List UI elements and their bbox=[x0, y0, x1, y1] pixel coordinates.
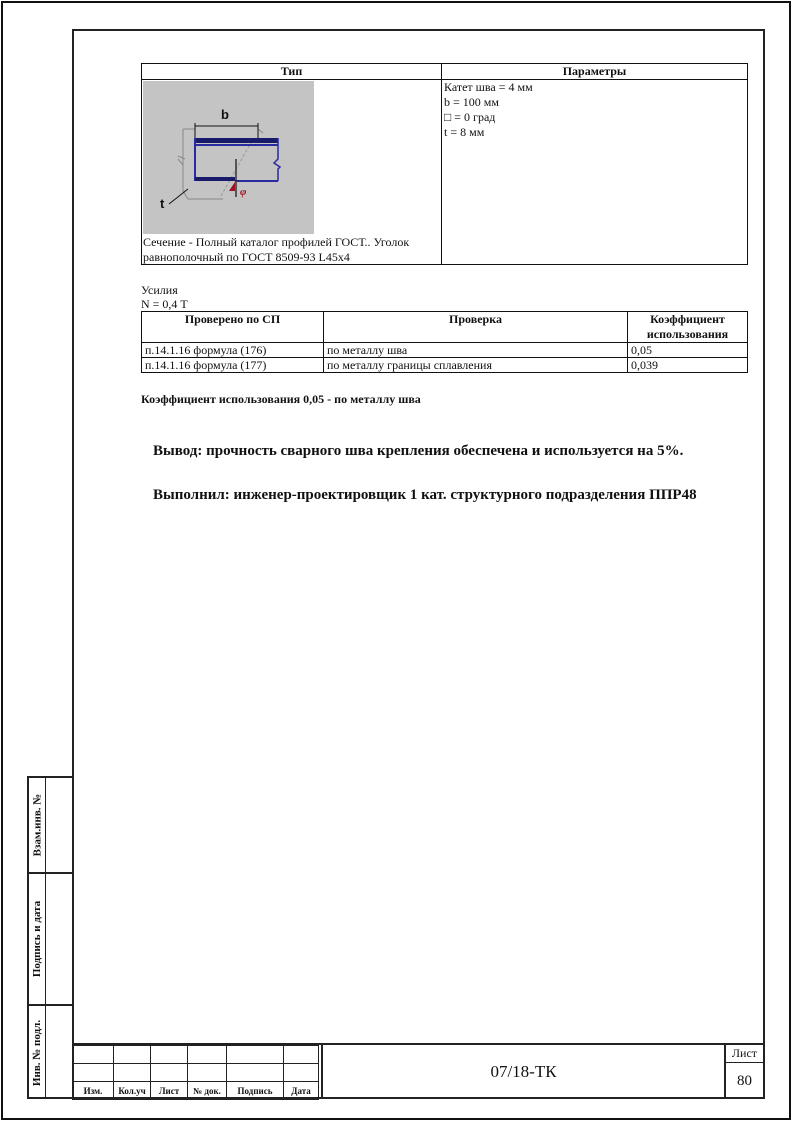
title-block: Изм. Кол.уч Лист № док. Подпись Дата 07/… bbox=[72, 1043, 765, 1099]
check-coefficient: 0,05 bbox=[628, 343, 748, 358]
revision-table: Изм. Кол.уч Лист № док. Подпись Дата bbox=[72, 1045, 319, 1100]
section-caption: Сечение - Полный каталог профилей ГОСТ..… bbox=[143, 235, 443, 265]
type-parameters-table: Тип Параметры b bbox=[141, 63, 748, 265]
param-angle: □ = 0 град bbox=[444, 110, 745, 125]
check-type: по металлу границы сплавления bbox=[324, 358, 628, 373]
col-date: Дата bbox=[284, 1082, 319, 1100]
check-header-coefficient: Коэффициент использования bbox=[628, 312, 748, 343]
svg-text:b: b bbox=[221, 107, 229, 122]
check-clause: п.14.1.16 формула (177) bbox=[142, 358, 324, 373]
type-header: Тип bbox=[142, 64, 442, 80]
performer-text: Выполнил: инженер-проектировщик 1 кат. с… bbox=[153, 487, 697, 504]
weld-section-diagram-icon: b φ t bbox=[143, 81, 314, 234]
svg-text:t: t bbox=[160, 196, 165, 211]
forces-value: N = 0,4 Т bbox=[141, 297, 188, 311]
col-signature: Подпись bbox=[227, 1082, 284, 1100]
check-table: Проверено по СП Проверка Коэффициент исп… bbox=[141, 311, 748, 373]
forces-title: Усилия bbox=[141, 283, 188, 297]
side-stamp: Взам.инв. № Подпись и дата Инв. № подл. bbox=[27, 776, 73, 1099]
sheet-label: Лист bbox=[726, 1045, 763, 1063]
parameters-header: Параметры bbox=[442, 64, 748, 80]
utilization-summary: Коэффициент использования 0,05 - по мета… bbox=[141, 392, 421, 407]
param-b: b = 100 мм bbox=[444, 95, 745, 110]
check-type: по металлу шва bbox=[324, 343, 628, 358]
check-clause: п.14.1.16 формула (176) bbox=[142, 343, 324, 358]
side-label-original-inv: Инв. № подл. bbox=[29, 1006, 46, 1099]
table-row: п.14.1.16 формула (176) по металлу шва 0… bbox=[142, 343, 748, 358]
side-label-replacement-inv: Взам.инв. № bbox=[29, 778, 46, 872]
forces-block: Усилия N = 0,4 Т bbox=[141, 283, 188, 311]
param-t: t = 8 мм bbox=[444, 125, 745, 140]
parameters-cell: Катет шва = 4 мм b = 100 мм □ = 0 град t… bbox=[442, 80, 748, 265]
check-header-check: Проверка bbox=[324, 312, 628, 343]
table-row: п.14.1.16 формула (177) по металлу грани… bbox=[142, 358, 748, 373]
svg-text:φ: φ bbox=[240, 186, 247, 198]
side-label-signature-date: Подпись и дата bbox=[29, 874, 46, 1004]
check-coefficient: 0,039 bbox=[628, 358, 748, 373]
col-change: Изм. bbox=[73, 1082, 114, 1100]
param-weld-leg: Катет шва = 4 мм bbox=[444, 80, 745, 95]
sheet-number: 80 bbox=[726, 1063, 763, 1099]
check-header-sp: Проверено по СП bbox=[142, 312, 324, 343]
col-qty: Кол.уч bbox=[114, 1082, 151, 1100]
document-code: 07/18-ТК bbox=[321, 1045, 726, 1099]
conclusion-text: Вывод: прочность сварного шва крепления … bbox=[153, 443, 683, 460]
col-sheet: Лист bbox=[151, 1082, 188, 1100]
col-doc-no: № док. bbox=[188, 1082, 227, 1100]
type-cell: b φ t Сечение - bbox=[142, 80, 442, 265]
